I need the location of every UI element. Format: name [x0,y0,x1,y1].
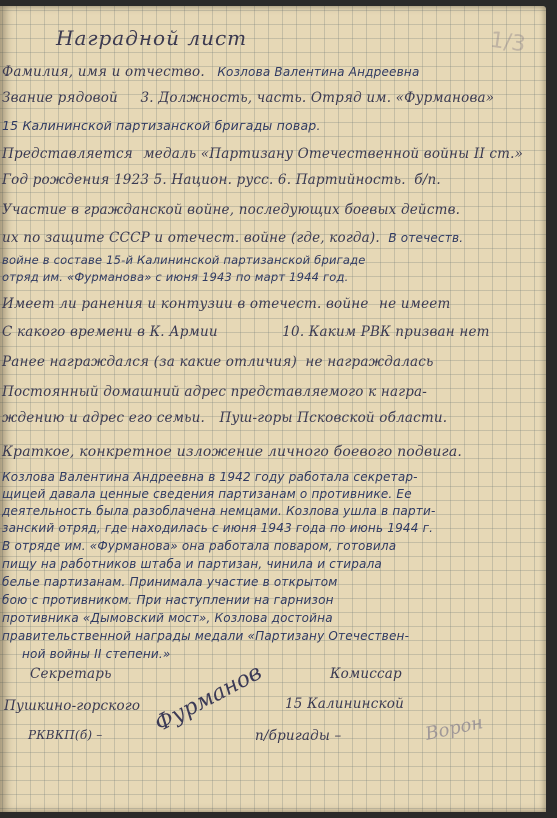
feat-line: занский отряд, где находилась с июня 194… [2,521,433,535]
feat-line: щицей давала ценные сведения партизанам … [2,487,412,501]
field-award: Представляется медаль «Партизану Отечест… [2,146,523,162]
commissar-title-3: п/бригады – [255,728,341,744]
feat-line: противника «Дымовский мост», Козлова дос… [2,611,333,625]
field-wounds: Имеет ли ранения и контузии в отечест. в… [2,296,450,312]
secretary-title-1: Секретарь [30,666,112,682]
field-previous-awards: Ранее награждался (за какие отличия) не … [2,354,434,370]
commissar-title-2: 15 Калининской [285,696,404,712]
secretary-signature: Фурманов [151,660,266,737]
feat-line: бою с противником. При наступлении на га… [2,593,334,607]
field-address-label: Постоянный домашний адрес представляемог… [2,384,427,400]
field-birth: Год рождения 1923 5. Национ. русс. 6. Па… [2,172,441,188]
commissar-title-1: Комиссар [330,666,402,682]
feat-line: пищу на работников штаба и партизан, чин… [2,557,382,571]
field-war-participation-cont-1: войне в составе 15-й Калининской партиза… [2,253,366,267]
secretary-title-2: Пушкино-горского [4,698,140,714]
feat-heading: Краткое, конкретное изложение личного бо… [2,444,462,460]
field-address: ждению и адрес его семьи. Пуш-горы Псков… [2,410,447,426]
secretary-title-3: РКВКП(б) – [28,728,102,742]
field-name: Фамилия, имя и отчество. Козлова Валенти… [2,64,420,80]
archive-stamp: 1/3 [488,28,527,58]
feat-line: правительственной награды медали «Партиз… [2,629,409,643]
field-civil-war: Участие в гражданской войне, последующих… [2,202,460,218]
feat-line: ной войны II степени.» [22,647,171,661]
field-war-participation: их по защите СССР и отечест. войне (где,… [2,230,463,246]
award-sheet: Наградной лист 1/3 Фамилия, имя и отчест… [0,6,546,812]
feat-line: белье партизанам. Принимала участие в от… [2,575,338,589]
field-unit: 15 Калининской партизанской бригады пова… [2,118,321,133]
field-rank-position: Звание рядовой 3. Должность, часть. Отря… [2,90,494,106]
feat-line: деятельность была разоблачена немцами. К… [2,504,436,518]
field-war-participation-cont-2: отряд им. «Фурманова» с июня 1943 по мар… [2,270,349,284]
field-army-since: С какого времени в К. Армии 10. Каким РВ… [2,324,490,340]
feat-line: В отряде им. «Фурманова» она работала по… [2,539,396,553]
commissar-signature: Ворон [423,712,484,745]
document-title: Наградной лист [56,26,247,50]
feat-line: Козлова Валентина Андреевна в 1942 году … [2,470,418,484]
